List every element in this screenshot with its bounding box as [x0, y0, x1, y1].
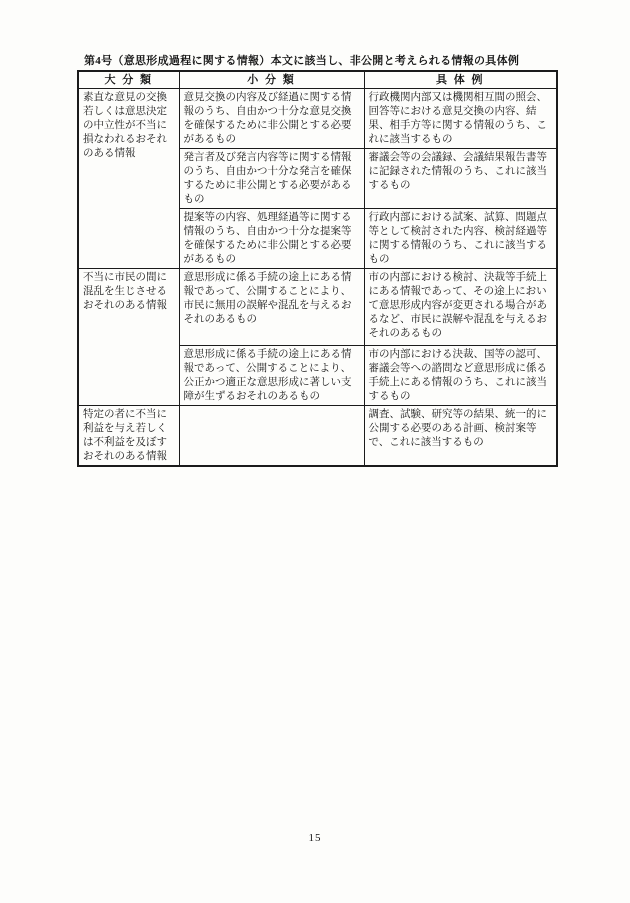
table-row: 特定の者に不当に利益を与え若しくは不利益を及ぼすおそれのある情報 調査、試験、研… — [78, 406, 557, 467]
minor-category-cell: 意思形成に係る手続の途上にある情報であって、公開することにより、公正かつ適正な意… — [179, 346, 364, 406]
column-header-example: 具 体 例 — [364, 71, 557, 89]
example-cell: 審議会等の会議録、会議結果報告書等に記録された情報のうち、これに該当するもの — [364, 149, 557, 209]
major-category-cell: 特定の者に不当に利益を与え若しくは不利益を及ぼすおそれのある情報 — [78, 406, 179, 467]
example-cell: 市の内部における検討、決裁等手続上にある情報であって、その途上において意思形成内… — [364, 269, 557, 346]
minor-category-cell — [179, 406, 364, 467]
document-title: 第4号（意思形成過程に関する情報）本文に該当し、非公開と考えられる情報の具体例 — [84, 52, 584, 68]
column-header-minor-category: 小 分 類 — [179, 71, 364, 89]
example-cell: 市の内部における決裁、国等の認可、審議会等への諮問など意思形成に係る手続上にある… — [364, 346, 557, 406]
minor-category-cell: 意見交換の内容及び経過に関する情報のうち、自由かつ十分な意見交換を確保するために… — [179, 89, 364, 149]
info-table: 大 分 類 小 分 類 具 体 例 素直な意見の交換若しくは意思決定の中立性が不… — [77, 70, 558, 467]
minor-category-cell: 意思形成に係る手続の途上にある情報であって、公開することにより、市民に無用の誤解… — [179, 269, 364, 346]
major-category-cell: 素直な意見の交換若しくは意思決定の中立性が不当に損なわれるおそれのある情報 — [78, 89, 179, 269]
page-number: 15 — [0, 832, 630, 844]
minor-category-cell: 提案等の内容、処理経過等に関する情報のうち、自由かつ十分な提案等を確保するために… — [179, 209, 364, 269]
example-cell: 行政内部における試案、試算、問題点等として検討された内容、検討経過等に関する情報… — [364, 209, 557, 269]
column-header-major-category: 大 分 類 — [78, 71, 179, 89]
table-row: 素直な意見の交換若しくは意思決定の中立性が不当に損なわれるおそれのある情報 意見… — [78, 89, 557, 149]
document-page: 第4号（意思形成過程に関する情報）本文に該当し、非公開と考えられる情報の具体例 … — [0, 0, 630, 903]
example-cell: 調査、試験、研究等の結果、統一的に公開する必要のある計画、検討案等で、これに該当… — [364, 406, 557, 467]
example-cell: 行政機関内部又は機関相互間の照会、回答等における意見交換の内容、結果、相手方等に… — [364, 89, 557, 149]
table-header-row: 大 分 類 小 分 類 具 体 例 — [78, 71, 557, 89]
table-row: 不当に市民の間に混乱を生じさせるおそれのある情報 意思形成に係る手続の途上にある… — [78, 269, 557, 346]
major-category-cell: 不当に市民の間に混乱を生じさせるおそれのある情報 — [78, 269, 179, 406]
minor-category-cell: 発言者及び発言内容等に関する情報のうち、自由かつ十分な発言を確保するために非公開… — [179, 149, 364, 209]
